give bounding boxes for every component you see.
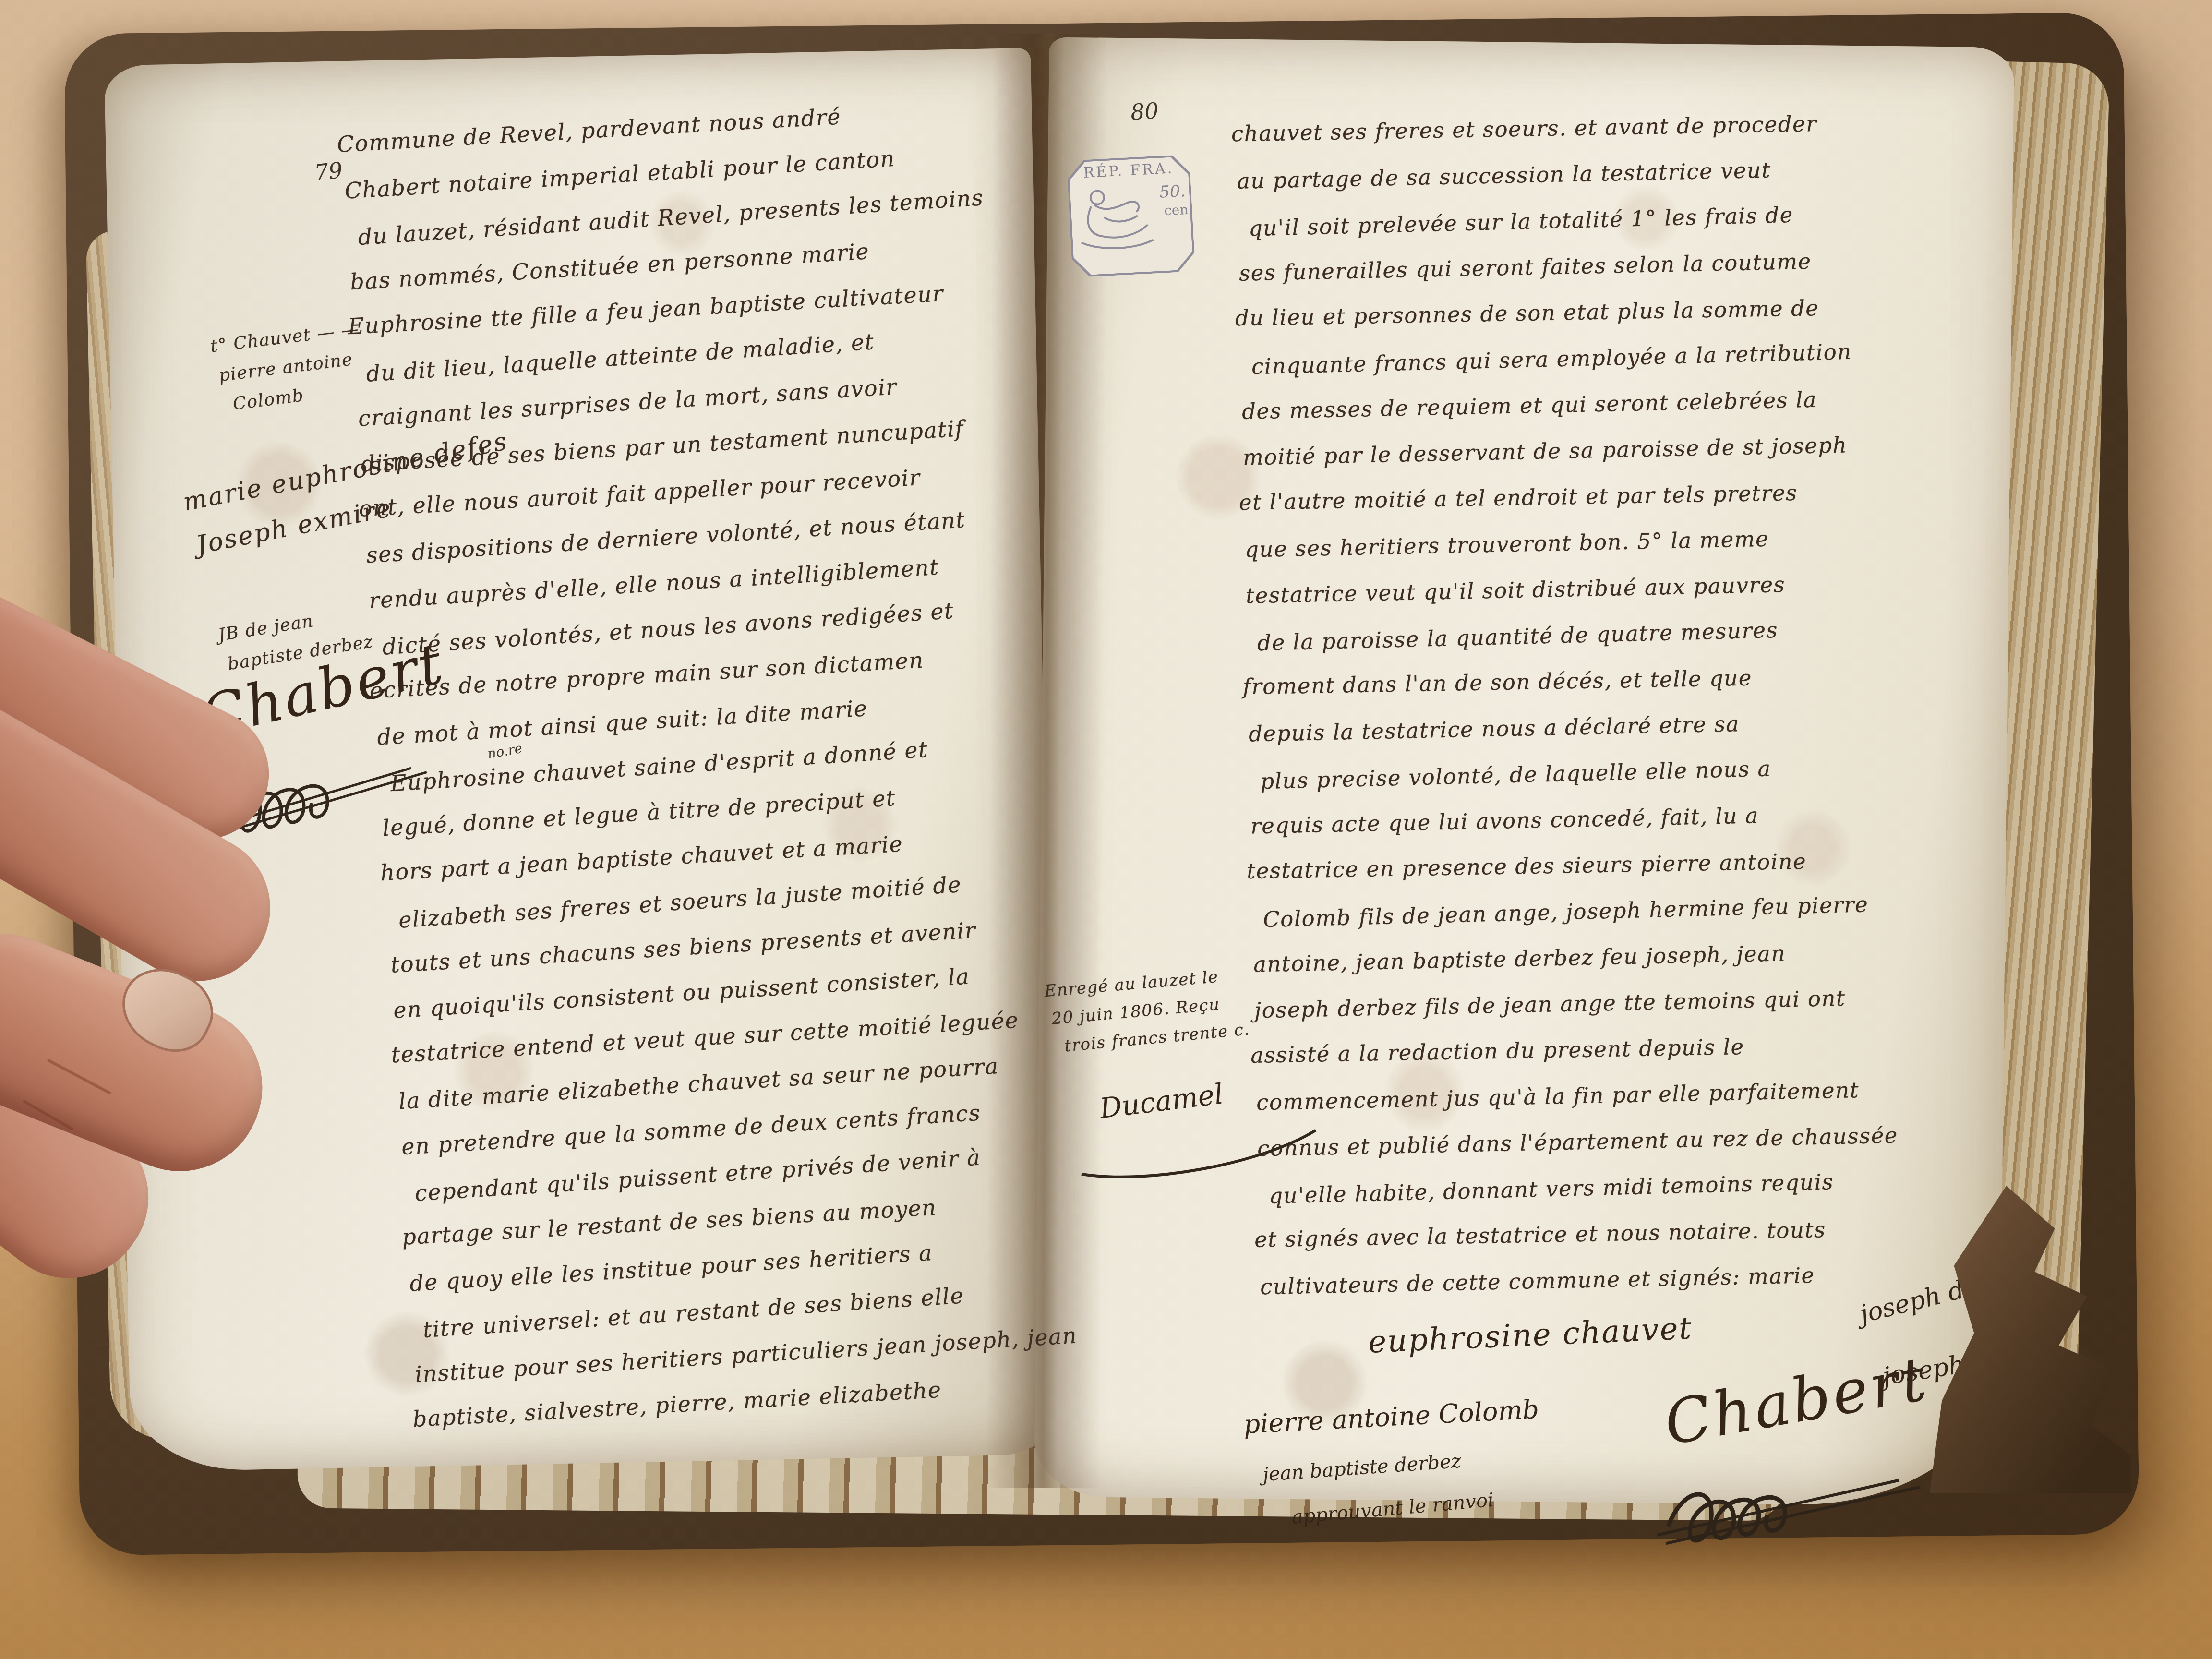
right-page-number: 80 [1130, 97, 1159, 125]
reclining-figure-engraving-icon [1069, 176, 1164, 267]
registration-margin-note: Enregé au lauzet le20 juin 1806. Reçutro… [1048, 960, 1251, 1060]
right-page-text: chauvet ses freres et soeurs. et avant d… [1236, 97, 1971, 1310]
revenue-stamp-value: 50. [1159, 181, 1186, 202]
left-margin-witness-note: t° Chauvet — —pierre antoineColomb [214, 314, 368, 420]
photo-of-open-notarial-register: 79 Commune de Revel, pardevant nous andr… [0, 0, 2212, 1659]
revenue-stamp-unit: cen [1164, 202, 1189, 219]
revenue-stamp: RÉP. FRA. 50. cen [1063, 151, 1198, 281]
